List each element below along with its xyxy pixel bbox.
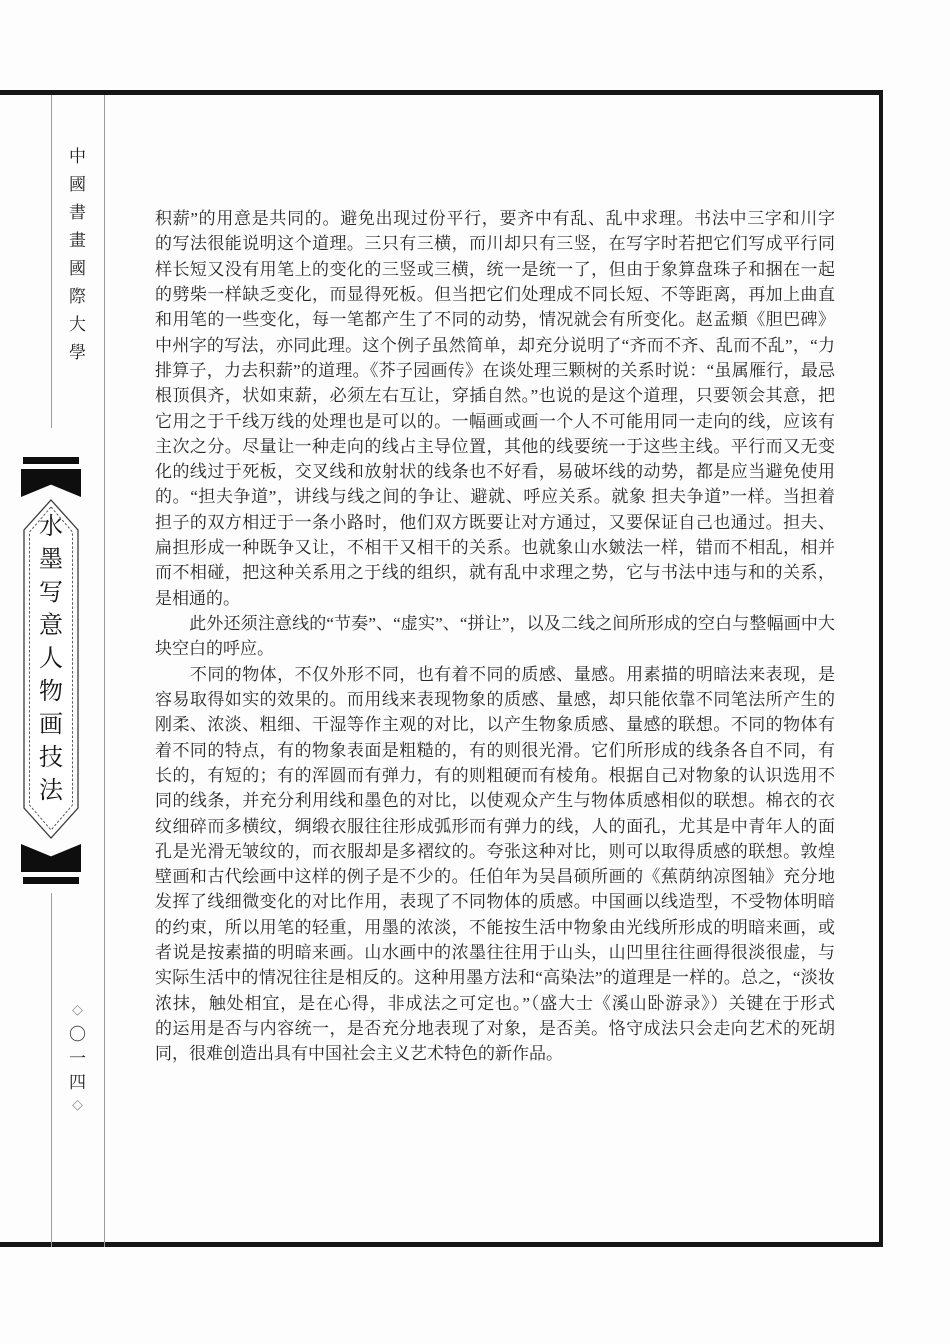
text-line: 的。“担夫争道”，讲线与线之间的争让、避就、呼应关系。就象 担夫争道”一样。当担… <box>155 484 835 509</box>
vertical-char: 學 <box>69 344 86 361</box>
text-line: 排算子，力去积薪”的道理。《芥子园画传》在谈处理三颗树的关系时说：“虽属雁行，最… <box>155 358 835 383</box>
text-line: 块空白的呼应。 <box>155 636 835 661</box>
vertical-char: 意 <box>39 614 63 638</box>
text-line: 发挥了线细微变化的对比作用，表现了不同物体的质感。中国画以线造型，不受物体明暗 <box>155 889 835 914</box>
text-line: 它用之于千线万线的处理也是可以的。一幅画或画一个人不可能用同一走向的线，应该有 <box>155 409 835 434</box>
vertical-char: 物 <box>39 680 63 704</box>
text-line: 的劈柴一样缺乏变化，而显得死板。但当把它们处理成不同长短、不等距离，再加上曲直 <box>155 282 835 307</box>
text-line: 孔是光滑无皱纹的，而衣服却是多褶纹的。夸张这种对比，则可以取得质感的联想。敦煌 <box>155 839 835 864</box>
vertical-char: 〇 <box>69 1026 86 1043</box>
text-line: 主次之分。尽量让一种走向的线占主导位置，其他的线要统一于这些主线。平行而又无变 <box>155 434 835 459</box>
text-line: 此外还须注意线的“节奏”、“虚实”、“拼让”，以及二线之间所形成的空白与整幅画中… <box>155 611 835 636</box>
vertical-char: 中 <box>69 148 86 165</box>
page-number: ◇ 〇一四 ◇ <box>51 1004 104 1113</box>
text-line: 的约束，所以用笔的轻重，用墨的浓淡，不能按生活中物象由光线所形成的明暗来画，或 <box>155 915 835 940</box>
vertical-char: 四 <box>69 1074 86 1091</box>
vertical-char: 大 <box>69 316 86 333</box>
book-page: 中國書畫國際大學 水墨写意人物画技法 ◇ 〇一四 ◇ 积薪”的用意是共同的。避免… <box>0 0 950 1344</box>
vertical-char: 墨 <box>39 548 63 572</box>
text-line: 扁担形成一种既争又让，不相干又相干的关系。也就象山水皴法一样，错而不相乱，相并 <box>155 535 835 560</box>
text-line: 着不同的特点，有的物象表面是粗糙的，有的则很光滑。它们所形成的线条各自不同，有 <box>155 738 835 763</box>
text-line: 根顶俱齐，状如束薪，必须左右互让，穿插自然。”也说的是这个道理，只要领会其意，把 <box>155 383 835 408</box>
text-line: 的运用是否与内容统一，是否充分地表现了对象，是否美。恪守成法只会走向艺术的死胡 <box>155 1016 835 1041</box>
text-line: 不同的物体，不仅外形不同，也有着不同的质感、量感。用素描的明暗法来表现，是 <box>155 662 835 687</box>
body-text: 积薪”的用意是共同的。避免出现过份平行，要齐中有乱、乱中求理。书法中三字和川字的… <box>155 206 835 1067</box>
text-line: 化的线过于死板，交叉线和放射状的线条也不好看，易破坏线的动势，都是应当避免使用 <box>155 459 835 484</box>
text-line: 同，很难创造出具有中国社会主义艺术特色的新作品。 <box>155 1041 835 1066</box>
text-line: 是相通的。 <box>155 586 835 611</box>
vertical-char: 技 <box>39 746 63 770</box>
vertical-char: 國 <box>69 176 86 193</box>
title-cartouche: 水墨写意人物画技法 <box>23 499 79 839</box>
text-line: 和用笔的一些变化，每一笔都产生了不同的动势，情况就会有所变化。赵孟頫《胆巴碑》 <box>155 307 835 332</box>
vertical-char: 水 <box>39 515 63 539</box>
ornament-bar-top <box>23 457 79 464</box>
text-line: 的写法很能说明这个道理。三只有三横，而川却只有三竖，在写字时若把它们写成平行同 <box>155 231 835 256</box>
ornament-bar-bottom <box>23 877 79 884</box>
text-line: 刚柔、浓淡、粗细、干湿等作主观的对比，以产生物象质感、量感的联想。不同的物体有 <box>155 712 835 737</box>
text-line: 长的，有短的；有的浑圆而有弹力，有的则粗硬而有棱角。根据自己对物象的认识选用不 <box>155 763 835 788</box>
diamond-ornament-top: ◇ <box>72 1004 83 1018</box>
text-line: 中州字的写法，亦同此理。这个例子虽然简单，却充分说明了“齐而不齐、乱而不乱”，“… <box>155 333 835 358</box>
vertical-char: 一 <box>69 1050 86 1067</box>
vertical-char: 写 <box>39 581 63 605</box>
text-line: 积薪”的用意是共同的。避免出现过份平行，要齐中有乱、乱中求理。书法中三字和川字 <box>155 206 835 231</box>
text-line: 同的线条，并充分利用线和墨色的对比，以使观众产生与物体质感相似的联想。棉衣的衣 <box>155 788 835 813</box>
text-line: 浓抹，触处相宜，是在心得，非成法之可定也。”（盛大士《溪山卧游录》）关键在于形式 <box>155 991 835 1016</box>
vertical-char: 画 <box>39 713 63 737</box>
text-line: 者说是按素描的明暗来画。山水画中的浓墨往往用于山头，山凹里往往画得很淡很虚，与 <box>155 940 835 965</box>
text-line: 纹细碎而多横纹，绸缎衣服往往形成弧形而有弹力的线，人的面孔，尤其是中青年人的面 <box>155 814 835 839</box>
vertical-char: 際 <box>69 288 86 305</box>
text-line: 容易取得如实的效果的。而用线来表现物象的质感、量感，却只能依靠不同笔法所产生的 <box>155 687 835 712</box>
vertical-char: 書 <box>69 204 86 221</box>
vertical-char: 法 <box>39 779 63 803</box>
column-rule-right <box>104 95 105 1247</box>
text-line: 而不相碰，把这种关系用之于线的组织，就有乱中求理之势，它与书法中违与和的关系， <box>155 560 835 585</box>
vertical-char: 人 <box>39 647 63 671</box>
text-line: 样长短又没有用笔上的变化的三竖或三横，统一是统一了，但由于象算盘珠子和捆在一起 <box>155 257 835 282</box>
text-line: 担子的双方相迂于一条小路时，他们双方既要让对方通过，又要保证自己也通过。担夫、 <box>155 510 835 535</box>
diamond-ornament-bottom: ◇ <box>72 1099 83 1113</box>
vertical-char: 國 <box>69 260 86 277</box>
book-title: 水墨写意人物画技法 <box>23 515 79 803</box>
vertical-char: 畫 <box>69 232 86 249</box>
page-number-digits: 〇一四 <box>69 1026 86 1091</box>
text-line: 实际生活中的情况往往是相反的。这种用墨方法和“高染法”的道理是一样的。总之，“淡… <box>155 965 835 990</box>
text-line: 壁画和古代绘画中这样的例子是不少的。任伯年为吴昌硕所画的《蕉荫纳凉图轴》充分地 <box>155 864 835 889</box>
university-name: 中國書畫國際大學 <box>51 148 104 361</box>
